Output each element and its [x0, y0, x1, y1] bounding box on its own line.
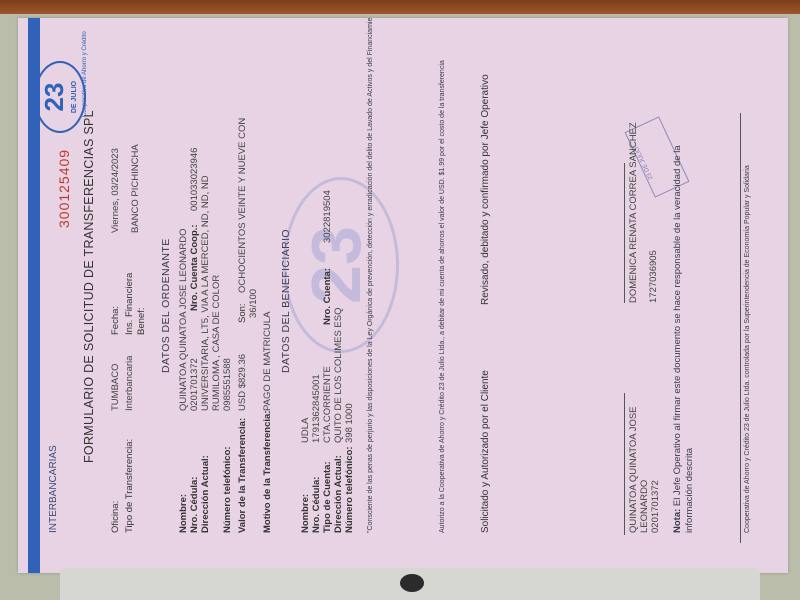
son-value: OCHOCIENTOS VEINTE Y NUEVE CON	[237, 118, 248, 293]
beneficiario-telefono-value: 398 1000	[344, 403, 355, 443]
note-text: El Jefe Operativo al firmar este documen…	[672, 145, 695, 533]
ordenante-telefono-label: Número telefónico:	[222, 446, 233, 533]
benef-label: Benef:	[136, 308, 147, 335]
ordenante-section-title: DATOS DEL ORDENANTE	[160, 238, 172, 373]
tipo-transferencia-value: Interbancaria	[124, 356, 135, 411]
laptop-edge	[60, 568, 760, 600]
valor-transferencia-label: Valor de la Transferencia:	[237, 418, 248, 533]
fecha-label: Fecha:	[110, 306, 121, 335]
note-label: Nota:	[672, 509, 683, 533]
nro-cuenta-label: Nro. Cuenta:	[322, 268, 333, 325]
beneficiario-nombre-label: Nombre:	[300, 494, 311, 533]
ordenante-direccion-value-2: RUMILOMA , CASA DE COLOR	[211, 275, 222, 411]
nro-cuenta-value: 3022819504	[322, 190, 333, 243]
client-name-2: LEONARDO	[639, 480, 650, 533]
beneficiario-direccion-value: QUITO DE LOS COLIMES ESQ	[333, 308, 344, 444]
oficina-value: TUMBACO	[110, 364, 121, 412]
serial-number: 300125409	[56, 149, 72, 228]
ordenante-telefono-value: 0985551588	[222, 358, 233, 411]
client-id: 0201701372	[650, 480, 661, 533]
ins-financiera-value: BANCO PICHINCHA	[130, 144, 141, 233]
transfer-form-paper: INTERBANCARIAS 300125409 23DE JULIO Coop…	[18, 18, 788, 573]
category-tag: INTERBANCARIAS	[48, 445, 59, 533]
beneficiario-telefono-label: Número telefónico:	[344, 446, 355, 533]
logo-number: 23	[39, 83, 69, 112]
debit-authorization: Autorizo a la Cooperativa de Ahorro y Cr…	[438, 148, 447, 533]
footer-text: Cooperativa de Ahorro y Crédito 23 de Ju…	[744, 165, 751, 533]
ordenante-cuenta-label: Nro. Cuenta Coop.:	[189, 224, 200, 311]
ins-financiera-label: Ins. Financiera	[124, 273, 135, 335]
motivo-label: Motivo de la Transferencia:	[262, 411, 273, 533]
client-name-1: QUINATOA QUINATOA JOSE	[628, 406, 639, 533]
tipo-transferencia-label: Tipo de Transferencia:	[124, 439, 135, 533]
operator-name: DOMENICA RENATA CORREA SANCHEZ	[628, 122, 639, 303]
footer-line	[740, 113, 741, 543]
legal-declaration: "Consciente de las penas de perjurio y l…	[366, 148, 375, 533]
beneficiario-cedula-value: 1791362845001	[311, 374, 322, 443]
beneficiario-nombre-value: UDLA	[300, 418, 311, 443]
ordenante-nombre-label: Nombre:	[178, 494, 189, 533]
logo-subtext: DE JULIO	[72, 63, 78, 131]
ordenante-nombre-value: QUINATOA QUINATOA JOSE LEONARDO	[178, 229, 189, 411]
coop-name: Cooperativa de Ahorro y Crédito	[82, 31, 88, 117]
operator-signature-line	[624, 163, 625, 303]
fecha-value: Viernes, 03/24/2023	[110, 148, 121, 233]
beneficiario-cedula-label: Nro. Cédula:	[311, 477, 322, 533]
operator-signature-heading: Revisado, debitado y confirmado por Jefe…	[480, 74, 491, 305]
ordenante-cedula-value: 0201701372	[189, 358, 200, 411]
son-value-cents: 36/100	[248, 289, 259, 318]
note: Nota: El Jefe Operativo al firmar este d…	[672, 133, 696, 533]
valor-transferencia-value: USD $829.36	[237, 354, 248, 411]
form-title: FORMULARIO DE SOLICITUD DE TRANSFERENCIA…	[82, 110, 96, 463]
ordenante-cedula-label: Nro. Cédula:	[189, 477, 200, 533]
tipo-cuenta-value: CTA.CORRIENTE	[322, 366, 333, 443]
ordenante-cuenta-value: 001033023946	[189, 148, 200, 211]
form-page: INTERBANCARIAS 300125409 23DE JULIO Coop…	[18, 18, 788, 573]
ordenante-direccion-label: Dirección Actual:	[200, 455, 211, 533]
client-signature-line	[624, 393, 625, 535]
client-signature-heading: Solicitado y Autorizado por el Cliente	[480, 370, 491, 533]
operator-id: 1727036905	[648, 250, 659, 303]
motivo-value: PAGO DE MATRICULA	[262, 312, 273, 411]
beneficiario-direccion-label: Dirección Actual:	[333, 455, 344, 533]
son-label: Son:	[237, 303, 248, 323]
coop-logo: 23DE JULIO	[34, 61, 86, 133]
oficina-label: Oficina:	[110, 501, 121, 533]
laptop-logo-icon	[400, 574, 424, 592]
tipo-cuenta-label: Tipo de Cuenta:	[322, 461, 333, 533]
table-surface	[0, 0, 800, 14]
ordenante-direccion-value-1: UNIVERSITARIA, LT5, VIA A LA MERCED, ND,…	[200, 175, 211, 411]
